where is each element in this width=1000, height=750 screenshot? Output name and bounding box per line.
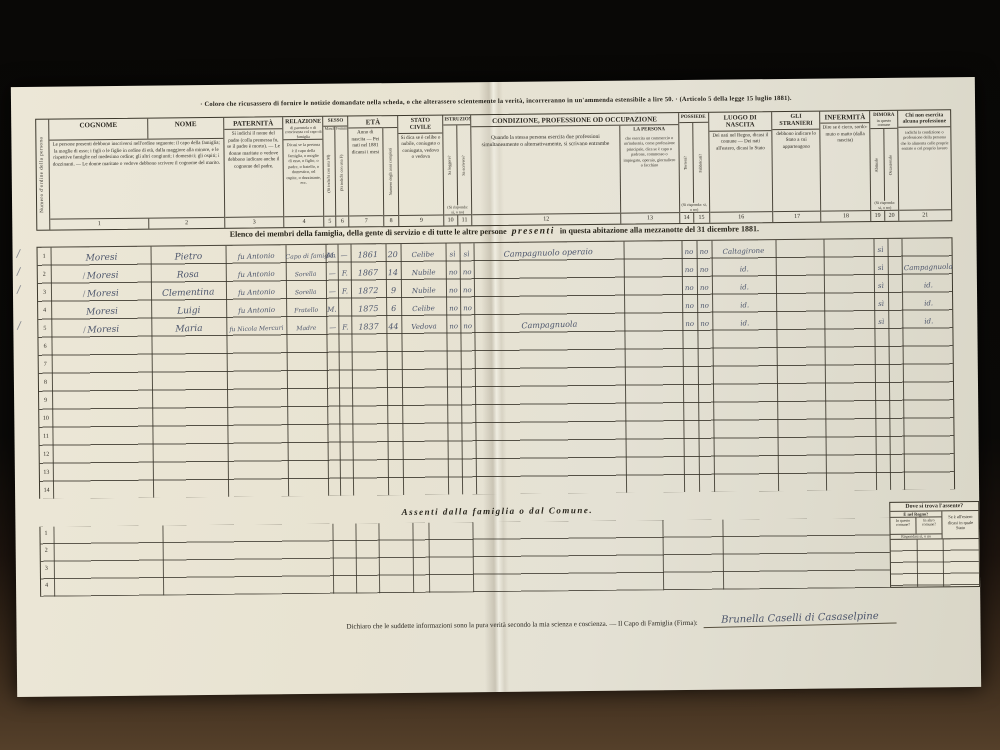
cell-stranieri bbox=[776, 276, 824, 295]
col-num-12: 12 bbox=[472, 214, 621, 226]
cell-anno: 1867 bbox=[351, 262, 386, 280]
table-header: Numero d'ordine della persona COGNOME NO… bbox=[35, 109, 952, 231]
cell-luogo: id. bbox=[712, 312, 776, 331]
cell-relazione: Sorella bbox=[286, 281, 326, 299]
cell-abituale: sì bbox=[874, 293, 888, 311]
col-title-paternita: PATERNITÀ bbox=[224, 117, 283, 130]
cell-num: 4 bbox=[38, 308, 51, 314]
cell-cognome: ∕Moresi bbox=[51, 319, 151, 338]
istruzione-scrive: Sa scrivere? bbox=[462, 155, 467, 175]
cell-stato: Celibe bbox=[401, 298, 446, 316]
cell-infermita bbox=[824, 311, 874, 330]
cell-occasionale bbox=[888, 293, 902, 311]
assenti-row-number: 4 bbox=[40, 583, 53, 589]
col-num-4: 4 bbox=[285, 217, 324, 227]
cell-scrive: no bbox=[460, 279, 474, 297]
cell-anni: 14 bbox=[386, 262, 401, 280]
col-num-14: 14 bbox=[680, 213, 695, 223]
cell-nome: Rosa bbox=[151, 264, 226, 283]
header-group-cognome-nome: COGNOME NOME Le persone presenti debbono… bbox=[49, 118, 225, 230]
presenti-table-body: 1 Moresi Pietro fu Antonio Capo di famig… bbox=[37, 237, 956, 499]
col-title-eta: ETÀ bbox=[348, 116, 397, 129]
cell-stranieri bbox=[776, 258, 824, 277]
cell-persona bbox=[624, 277, 682, 296]
col-num-18: 18 bbox=[821, 211, 870, 222]
cell-nome: Maria bbox=[151, 318, 226, 337]
cell-num: 9 bbox=[39, 398, 52, 404]
col-title-infermita: INFERMITÀ bbox=[820, 111, 869, 124]
elenco-presenti: presenti bbox=[509, 226, 558, 237]
cell-legge: no bbox=[446, 261, 460, 279]
cell-femmina: F. bbox=[338, 281, 351, 299]
cell-paternita: fu Antonio bbox=[226, 281, 286, 300]
cell-chi: Campagnuola bbox=[902, 256, 954, 275]
header-group-eta: ETÀ Anno di nascita — Pei nati nel 1881 … bbox=[348, 116, 399, 227]
estero-label: Se è all'estero dicasi in quale Stato bbox=[942, 511, 978, 538]
note-cognome-nome: Le persone presenti debbono inscriversi … bbox=[49, 139, 223, 219]
dove-box-lines bbox=[917, 540, 918, 587]
cell-stato: Celibe bbox=[400, 244, 445, 262]
cell-terreni: no bbox=[681, 241, 696, 259]
cell-paternita: fu Antonio bbox=[226, 245, 286, 264]
cell-relazione: Fratello bbox=[286, 299, 326, 317]
cell-num: 2 bbox=[38, 272, 51, 278]
header-stato-civile: STATO CIVILE Si dica se è celibe o nubil… bbox=[398, 116, 444, 226]
rispondasi-label: Rispondasi sì, o no bbox=[891, 533, 942, 539]
note-condizione: Quando la stessa persona esercita due pr… bbox=[471, 126, 620, 214]
cell-chi: id. bbox=[902, 310, 954, 329]
istruzione-legge: Sa leggere? bbox=[448, 156, 453, 175]
cell-abituale: sì bbox=[873, 239, 887, 257]
cell-infermita bbox=[824, 293, 874, 312]
sesso-maschio-label: Maschio bbox=[324, 126, 335, 131]
cell-paternita: fu Antonio bbox=[226, 299, 286, 318]
header-paternita: PATERNITÀ Si indichi il nome del padre (… bbox=[224, 117, 285, 228]
note-relazione: Dicasi se la persona è il capo della fam… bbox=[284, 140, 324, 216]
assenti-row-number: 1 bbox=[39, 531, 52, 537]
col-num-20: 20 bbox=[885, 211, 899, 221]
cell-maschio: — bbox=[326, 317, 338, 335]
cell-num: 11 bbox=[39, 434, 52, 440]
note-chi: indichi la condizione o professione dell… bbox=[898, 127, 951, 210]
cell-infermita bbox=[823, 239, 873, 258]
eta-anni-note: Numero degli anni compiuti bbox=[388, 148, 393, 195]
cell-anni: 20 bbox=[385, 244, 400, 262]
cell-luogo: Caltagirone bbox=[711, 240, 775, 259]
assenti-table-body bbox=[39, 517, 956, 597]
cell-fabbricati: no bbox=[697, 313, 712, 331]
cell-legge: no bbox=[446, 279, 460, 297]
cell-infermita bbox=[824, 257, 874, 276]
cell-fabbricati: no bbox=[697, 259, 712, 277]
dove-si-trova-box: Dove si trova l'assente? È nel Regno? In… bbox=[889, 501, 980, 588]
elenco-post: in questa abitazione alla mezzanotte del… bbox=[560, 224, 759, 235]
note-stranieri: debbono indicare lo Stato a cui apparten… bbox=[773, 129, 821, 211]
note-stato: Si dica se è celibe o nubile, coniugato … bbox=[399, 133, 444, 215]
col-num-8: 8 bbox=[384, 216, 399, 226]
questo-comune-label: In questo comune? bbox=[890, 518, 916, 534]
cell-legge: no bbox=[446, 315, 460, 333]
col-num-3: 3 bbox=[225, 217, 284, 228]
cell-abituale: sì bbox=[874, 275, 888, 293]
cell-stato: Vedova bbox=[401, 316, 446, 334]
cell-cognome: Moresi bbox=[51, 301, 151, 320]
pencil-mark: ∕ bbox=[16, 283, 21, 296]
possiede-terreni: Terreni? bbox=[684, 156, 689, 170]
cell-scrive: no bbox=[460, 297, 474, 315]
header-chi-non-esercita: Chi non esercita alcuna professione indi… bbox=[898, 110, 951, 221]
cell-occasionale bbox=[888, 275, 902, 293]
header-infermita: INFERMITÀ Dire se è cieco, sordo-muto o … bbox=[820, 111, 871, 222]
col-num-16: 16 bbox=[710, 212, 773, 223]
cell-relazione: Madre bbox=[286, 317, 326, 335]
cell-occasionale bbox=[888, 311, 902, 329]
cell-stranieri bbox=[776, 294, 824, 313]
cell-occasionale bbox=[888, 257, 902, 275]
pencil-mark: ∕ bbox=[16, 265, 21, 278]
cell-nome: Pietro bbox=[151, 246, 226, 265]
cell-chi bbox=[901, 238, 953, 257]
header-group-sesso: SESSO Maschio (Si indichi con una M) Fem… bbox=[324, 117, 350, 227]
sesso-maschio-note: (Si indichi con una M) bbox=[327, 154, 332, 192]
cell-nome: Luigi bbox=[151, 300, 226, 319]
cell-anno: 1872 bbox=[351, 280, 386, 298]
col-num-6: 6 bbox=[336, 217, 349, 227]
numero-ordine-label: Numero d'ordine della persona bbox=[40, 137, 46, 213]
col-num-19: 19 bbox=[871, 211, 885, 221]
la-persona-note: che esercita un commercio o un'industria… bbox=[620, 133, 678, 213]
cell-stranieri bbox=[775, 240, 823, 259]
header-stranieri: GLI STRANIERI debbono indicare lo Stato … bbox=[773, 112, 822, 222]
cell-nome: Clementina bbox=[151, 282, 226, 301]
header-relazione: RELAZIONE di parentela o di convivenza c… bbox=[284, 117, 325, 227]
note-paternita: Si indichi il nome del padre (colla prem… bbox=[224, 129, 284, 217]
cell-cognome: Moresi bbox=[51, 247, 151, 266]
col-title-nome: NOME bbox=[148, 118, 223, 139]
capo-famiglia-signature: Brunella Caselli di Casaselpine bbox=[704, 610, 897, 628]
col-title-possiede: POSSIEDE bbox=[679, 113, 708, 123]
cell-fabbricati: no bbox=[696, 241, 711, 259]
col-title-stranieri: GLI STRANIERI bbox=[773, 112, 820, 130]
dimora-note: (Si risponda: sì, o no) bbox=[871, 201, 898, 210]
cell-num: 3 bbox=[38, 290, 51, 296]
cell-condizione: Campagnuolo operaio bbox=[473, 242, 623, 262]
cell-num: 13 bbox=[40, 470, 53, 476]
dimora-occasionale: Occasionale bbox=[889, 154, 894, 175]
note-infermita: Dire se è cieco, sordo-muto o matto (dal… bbox=[821, 123, 871, 210]
cell-fabbricati: no bbox=[697, 277, 712, 295]
cell-anno: 1861 bbox=[350, 244, 385, 262]
cell-femmina: — bbox=[338, 245, 351, 263]
cell-num: 8 bbox=[39, 380, 52, 386]
cell-legge: no bbox=[446, 297, 460, 315]
cell-persona bbox=[624, 259, 682, 278]
cell-paternita: fu Nicola Mercuri bbox=[226, 317, 286, 336]
cell-num: 10 bbox=[39, 416, 52, 422]
cell-abituale: sì bbox=[874, 257, 888, 275]
photo-background: · Coloro che ricusassero di fornire le n… bbox=[0, 0, 1000, 750]
cell-condizione bbox=[474, 278, 624, 298]
cell-luogo: id. bbox=[712, 294, 776, 313]
col-subtitle-dimora: in questo comune bbox=[870, 119, 897, 128]
cell-maschio: M. bbox=[326, 299, 338, 317]
possiede-note: (Si risponda: sì, o no) bbox=[680, 203, 709, 212]
cell-terreni: no bbox=[682, 277, 697, 295]
declaration-line: Dichiaro che le suddette informazioni so… bbox=[346, 612, 896, 631]
cell-femmina bbox=[338, 299, 351, 317]
col-num-2: 2 bbox=[149, 218, 224, 229]
cell-maschio: — bbox=[326, 263, 338, 281]
sesso-femmina-note: (Si indichi con una F) bbox=[339, 155, 344, 192]
cell-legge: sì bbox=[445, 243, 459, 261]
col-title-istruzione: ISTRUZIONE bbox=[443, 115, 470, 125]
cell-luogo: id. bbox=[712, 276, 776, 295]
header-numero-ordine: Numero d'ordine della persona bbox=[36, 120, 50, 230]
cell-occasionale bbox=[887, 239, 901, 257]
cell-num: 6 bbox=[39, 344, 52, 350]
cell-femmina: F. bbox=[338, 263, 351, 281]
header-group-istruzione: ISTRUZIONE Sa leggere? Sa scrivere? (Si … bbox=[443, 115, 472, 225]
census-sheet: · Coloro che ricusassero di fornire le n… bbox=[11, 77, 981, 697]
cell-maschio: — bbox=[326, 281, 338, 299]
dove-box-rows bbox=[891, 539, 979, 587]
eta-anno-note: Anno di nascita — Pei nati nel 1881 dica… bbox=[349, 128, 383, 215]
cell-anni: 9 bbox=[386, 280, 401, 298]
col-num-7: 7 bbox=[350, 216, 384, 226]
cell-stranieri bbox=[776, 312, 824, 331]
cell-num: 12 bbox=[40, 452, 53, 458]
col-num-1: 1 bbox=[50, 219, 149, 230]
elenco-pre: Elenco dei membri della famiglia, della … bbox=[230, 227, 507, 239]
cell-terreni: no bbox=[682, 259, 697, 277]
cell-persona bbox=[624, 313, 682, 332]
cell-terreni: no bbox=[682, 313, 697, 331]
possiede-fabbricati: Fabbricati? bbox=[699, 153, 704, 172]
note-luogo: Dei nati nel Regno, dicasi il comune — D… bbox=[709, 131, 773, 212]
cell-persona bbox=[624, 295, 682, 314]
cell-condizione bbox=[474, 260, 624, 280]
cell-scrive: sì bbox=[459, 243, 473, 261]
cell-num: 1 bbox=[38, 254, 51, 260]
cell-anni: 44 bbox=[386, 316, 401, 334]
cell-num: 14 bbox=[40, 488, 53, 494]
cell-maschio: M. bbox=[326, 245, 338, 263]
col-title-cognome: COGNOME bbox=[49, 119, 148, 140]
cell-luogo: id. bbox=[712, 258, 776, 277]
col-num-10: 10 bbox=[444, 215, 458, 225]
col-title-luogo: LUOGO DI NASCITA bbox=[709, 112, 772, 132]
header-group-dimora: DIMORA in questo comune Abituale Occasio… bbox=[870, 111, 899, 221]
col-num-9: 9 bbox=[399, 216, 443, 226]
col-num-5: 5 bbox=[325, 217, 337, 227]
assenti-row-number: 2 bbox=[40, 548, 53, 554]
cell-fabbricati: no bbox=[697, 295, 712, 313]
cell-stato: Nubile bbox=[401, 262, 446, 280]
cell-terreni: no bbox=[682, 295, 697, 313]
cell-relazione: Sorella bbox=[286, 263, 326, 281]
header-luogo-nascita: LUOGO DI NASCITA Dei nati nel Regno, dic… bbox=[709, 112, 774, 223]
cell-anno: 1837 bbox=[351, 316, 386, 334]
cell-femmina: F. bbox=[338, 317, 351, 335]
header-group-condizione: CONDIZIONE, PROFESSIONE OD OCCUPAZIONE Q… bbox=[471, 113, 680, 225]
col-num-21: 21 bbox=[899, 210, 951, 221]
cell-stato: Nubile bbox=[401, 280, 446, 298]
cell-infermita bbox=[824, 275, 874, 294]
cell-chi: id. bbox=[902, 274, 954, 293]
col-num-15: 15 bbox=[694, 213, 709, 223]
header-group-possiede: POSSIEDE Terreni? Fabbricati? (Si rispon… bbox=[679, 113, 710, 223]
cell-chi: id. bbox=[902, 292, 954, 311]
cell-num: 7 bbox=[39, 362, 52, 368]
cell-relazione: Capo di famiglia bbox=[286, 245, 326, 263]
col-num-17: 17 bbox=[774, 212, 821, 222]
cell-paternita: fu Antonio bbox=[226, 263, 286, 282]
col-subtitle-relazione: di parentela o di convivenza col capo di… bbox=[284, 126, 323, 140]
cell-condizione bbox=[474, 296, 624, 316]
cell-scrive: no bbox=[460, 261, 474, 279]
col-title-chi: Chi non esercita alcuna professione bbox=[898, 110, 950, 127]
cell-condizione: Campagnuola bbox=[474, 314, 624, 334]
cell-cognome: ∕Moresi bbox=[51, 283, 151, 302]
sesso-femmina-label: Femmina bbox=[335, 126, 347, 131]
cell-anni: 6 bbox=[386, 298, 401, 316]
col-num-11: 11 bbox=[458, 215, 472, 225]
altro-comune-label: In altro comune? bbox=[916, 517, 941, 533]
pencil-mark: ∕ bbox=[16, 247, 21, 260]
cell-num: 5 bbox=[38, 326, 51, 332]
pencil-mark: ∕ bbox=[17, 319, 22, 332]
cell-anno: 1875 bbox=[351, 298, 386, 316]
col-title-stato: STATO CIVILE bbox=[398, 116, 442, 134]
assenti-row-number: 3 bbox=[40, 566, 53, 572]
istruzione-note: (Si risponda: sì, o no) bbox=[444, 205, 471, 214]
assenti-grid-lines bbox=[53, 527, 55, 597]
col-title-sesso: SESSO bbox=[324, 117, 348, 127]
cell-abituale: sì bbox=[874, 311, 888, 329]
cell-scrive: no bbox=[460, 315, 474, 333]
dimora-abituale: Abituale bbox=[875, 158, 880, 172]
cell-cognome: ∕Moresi bbox=[51, 265, 151, 284]
declaration-text: Dichiaro che le suddette informazioni so… bbox=[346, 619, 697, 631]
cell-persona bbox=[623, 241, 681, 260]
col-num-13: 13 bbox=[621, 213, 679, 224]
